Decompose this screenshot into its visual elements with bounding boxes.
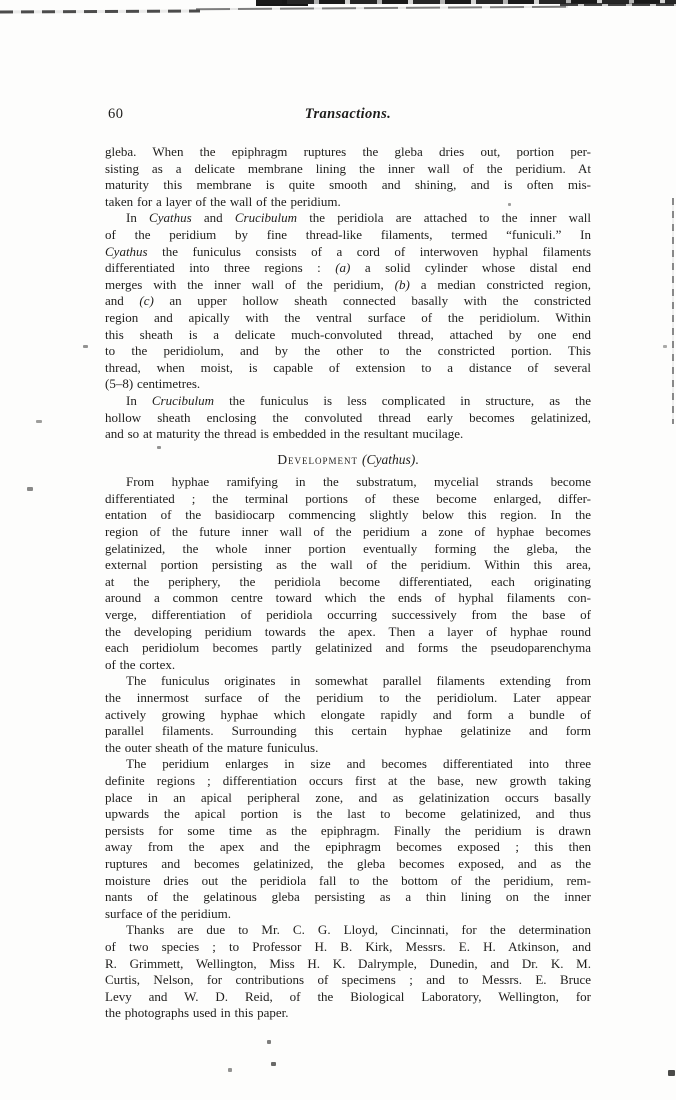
scan-artifact <box>228 1068 232 1072</box>
text-line: the innermost surface of the peridium to… <box>105 690 591 707</box>
text-line: verge, differentiation of peridiola occu… <box>105 607 591 624</box>
text-line: thread, when moist, is capable of extens… <box>105 360 591 377</box>
text-line: hollow sheath enclosing the convoluted t… <box>105 410 591 427</box>
text-line: Curtis, Nelson, for contributions of spe… <box>105 972 591 989</box>
text-line: gelatinized, the whole inner portion eve… <box>105 541 591 558</box>
text-line: region of the future inner wall of the p… <box>105 524 591 541</box>
text-line: Cyathus the funiculus consists of a cord… <box>105 244 591 261</box>
text-line: moisture dries out the peridiola fall to… <box>105 873 591 890</box>
text-line: In Cyathus and Crucibulum the peridiola … <box>105 210 591 227</box>
text-line: parallel filaments. Surrounding this cer… <box>105 723 591 740</box>
text-line: differentiated into three regions : (a) … <box>105 260 591 277</box>
text-line: differentiated ; the terminal portions o… <box>105 491 591 508</box>
text-line: the developing peridium towards the apex… <box>105 624 591 641</box>
paragraph: Thanks are due to Mr. C. G. Lloyd, Cinci… <box>105 922 591 1022</box>
scan-artifact <box>668 1070 675 1076</box>
running-title: Transactions. <box>105 106 591 123</box>
text-line: of the cortex. <box>105 657 591 674</box>
text-line: From hyphae ramifying in the substratum,… <box>105 474 591 491</box>
text-line: taken for a layer of the wall of the per… <box>105 194 591 211</box>
text-line: Thanks are due to Mr. C. G. Lloyd, Cinci… <box>105 922 591 939</box>
text-line: R. Grimmett, Wellington, Miss H. K. Dalr… <box>105 956 591 973</box>
text-line: upwards the apical portion is the last t… <box>105 806 591 823</box>
text-line: and (c) an upper hollow sheath connected… <box>105 293 591 310</box>
scan-artifact <box>271 1062 276 1066</box>
text-line: to the peridiolum, and by the other to t… <box>105 343 591 360</box>
paragraph: From hyphae ramifying in the substratum,… <box>105 474 591 673</box>
text-line: (5–8) centimetres. <box>105 376 591 393</box>
scan-artifact <box>560 3 676 6</box>
text-line: nants of the gelatinous gleba persisting… <box>105 889 591 906</box>
text-line: this sheath is a delicate much-convolute… <box>105 327 591 344</box>
text-line: place in an apical peripheral zone, and … <box>105 790 591 807</box>
scan-artifact <box>196 6 568 10</box>
text-line: ruptures and becomes gelatinized, the gl… <box>105 856 591 873</box>
scanned-page: 60 Transactions. gleba. When the epiphra… <box>0 0 676 1100</box>
paragraph: The funiculus originates in somewhat par… <box>105 673 591 756</box>
text-line: maturity this membrane is quite smooth a… <box>105 177 591 194</box>
text-line: surface of the peridium. <box>105 906 591 923</box>
text-block: gleba. When the epiphragm ruptures the g… <box>105 144 591 1022</box>
scan-artifact <box>256 0 676 4</box>
text-line: persists for some time as the epiphragm.… <box>105 823 591 840</box>
text-line: region and apically with the ventral sur… <box>105 310 591 327</box>
text-line: Levy and W. D. Reid, of the Biological L… <box>105 989 591 1006</box>
section-heading: Development (Cyathus). <box>105 452 591 469</box>
scan-artifact <box>83 345 88 348</box>
text-line: definite regions ; differentiation occur… <box>105 773 591 790</box>
scan-artifact <box>663 345 667 348</box>
text-line: external portion persisting as the wall … <box>105 557 591 574</box>
text-line: gleba. When the epiphragm ruptures the g… <box>105 144 591 161</box>
text-line: and so at maturity the thread is embedde… <box>105 426 591 443</box>
text-line: The peridium enlarges in size and become… <box>105 756 591 773</box>
page-header: 60 Transactions. <box>105 106 591 126</box>
paragraph: In Crucibulum the funiculus is less comp… <box>105 393 591 443</box>
paragraph: gleba. When the epiphragm ruptures the g… <box>105 144 591 210</box>
scan-artifact <box>267 1040 271 1044</box>
scan-artifact <box>36 420 42 423</box>
scan-artifact <box>0 9 200 13</box>
text-line: at the periphery, the peridiola become d… <box>105 574 591 591</box>
text-line: the outer sheath of the mature funiculus… <box>105 740 591 757</box>
text-line: sisting as a delicate membrane lining th… <box>105 161 591 178</box>
text-line: actively growing hyphae which elongate r… <box>105 707 591 724</box>
text-line: The funiculus originates in somewhat par… <box>105 673 591 690</box>
text-line: of two species ; to Professor H. B. Kirk… <box>105 939 591 956</box>
text-line: each peridiolum becomes partly gelatiniz… <box>105 640 591 657</box>
text-line: merges with the inner wall of the peridi… <box>105 277 591 294</box>
paragraph: In Cyathus and Crucibulum the peridiola … <box>105 210 591 393</box>
text-line: around a common centre toward which the … <box>105 590 591 607</box>
paragraph: The peridium enlarges in size and become… <box>105 756 591 922</box>
text-line: In Crucibulum the funiculus is less comp… <box>105 393 591 410</box>
scan-artifact <box>27 487 33 491</box>
text-line: entation of the basidiocarp commencing s… <box>105 507 591 524</box>
scan-artifact <box>672 198 674 424</box>
text-line: away from the apex and the epiphragm bec… <box>105 839 591 856</box>
scan-artifact <box>256 0 308 6</box>
text-line: of the peridium by fine thread-like fila… <box>105 227 591 244</box>
text-line: the photographs used in this paper. <box>105 1005 591 1022</box>
